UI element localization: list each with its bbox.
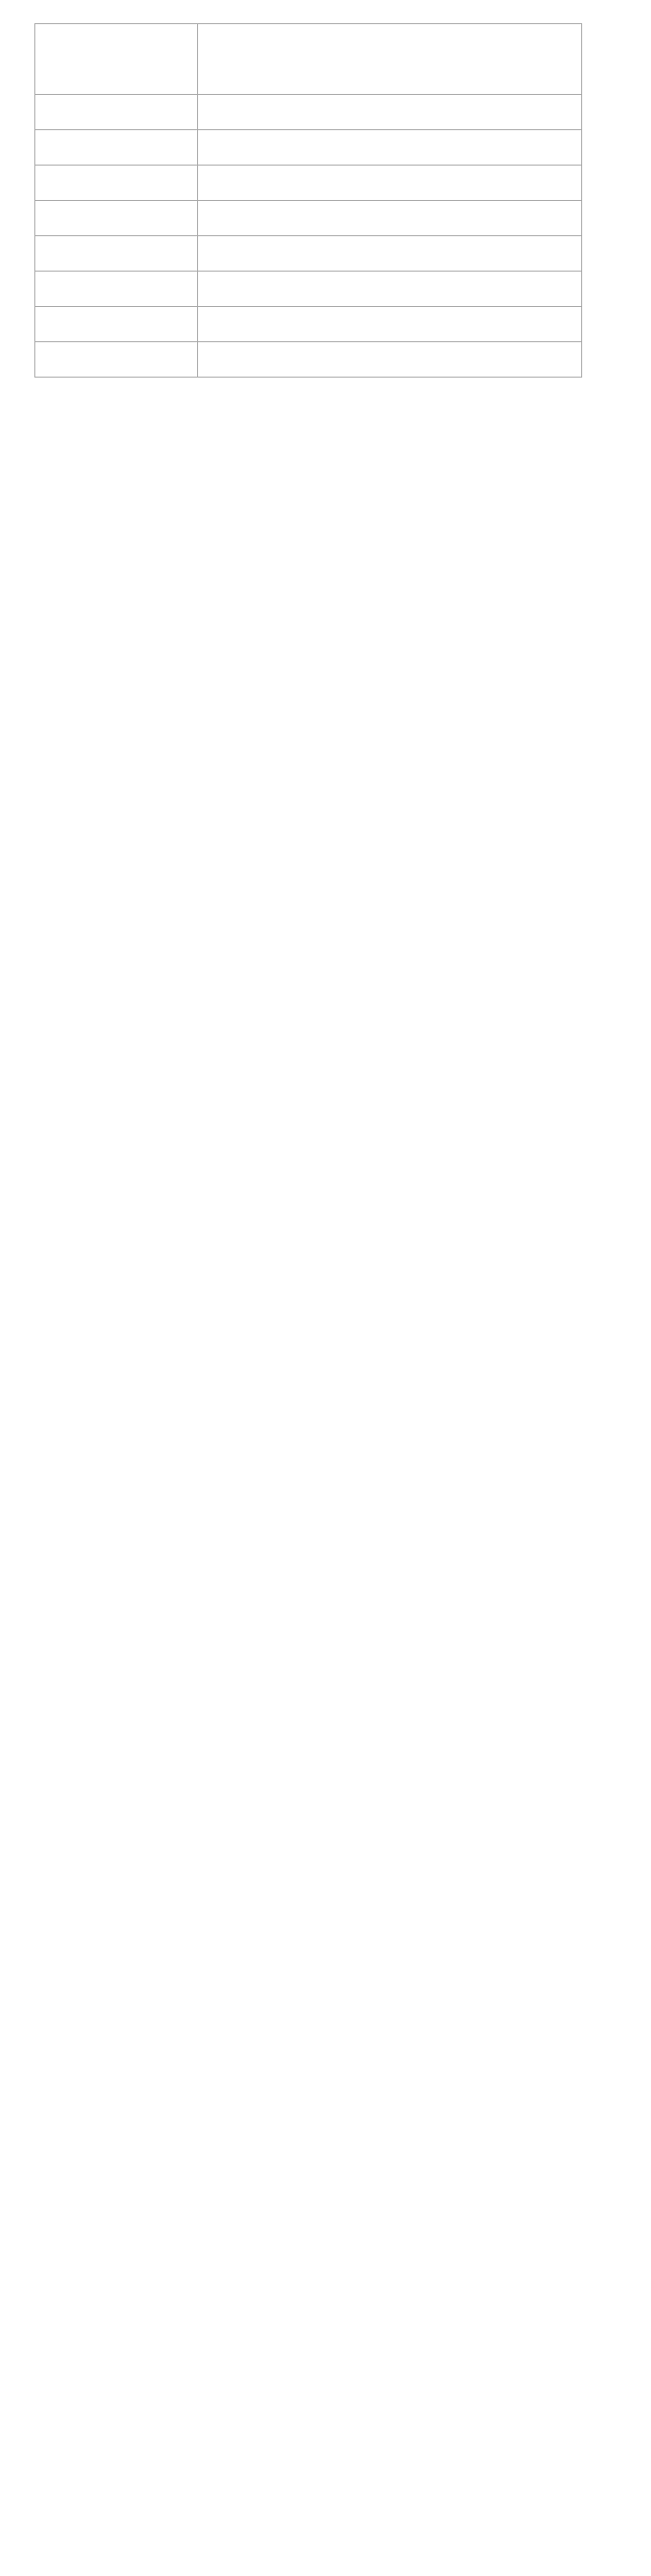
table-row — [35, 201, 582, 236]
row-label — [35, 236, 198, 272]
row-label — [35, 201, 198, 236]
row-label — [35, 272, 198, 307]
row-label — [35, 307, 198, 342]
table-row — [35, 130, 582, 166]
table-row — [35, 307, 582, 342]
row-label — [35, 130, 198, 166]
announcement-info-table — [34, 23, 582, 378]
table-row — [35, 236, 582, 272]
row-label — [35, 342, 198, 378]
row-value — [198, 272, 582, 307]
row-value — [198, 236, 582, 272]
row-label — [35, 95, 198, 130]
row-value — [198, 130, 582, 166]
table-row — [35, 166, 582, 201]
table-row — [35, 95, 582, 130]
row-value — [198, 24, 582, 95]
row-value — [198, 201, 582, 236]
row-label — [35, 24, 198, 95]
row-value — [198, 95, 582, 130]
row-label — [35, 166, 198, 201]
row-value — [198, 342, 582, 378]
table-row — [35, 342, 582, 378]
table-row — [35, 272, 582, 307]
table-row — [35, 24, 582, 95]
row-value — [198, 166, 582, 201]
row-value — [198, 307, 582, 342]
